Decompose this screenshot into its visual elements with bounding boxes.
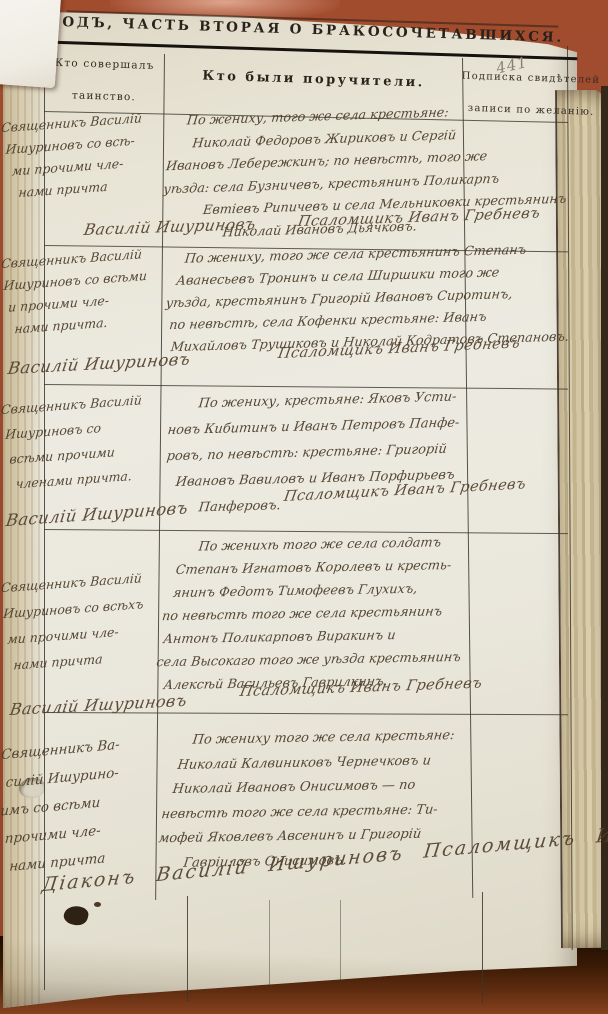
entries-layer: Священникъ ВасилійИшуриновъ со всѣ-ми пр… [0, 0, 608, 1014]
photo-of-register-page: ГОДЪ, ЧАСТЬ ВТОРАЯ О БРАКОСОЧЕТАВШИХСЯ. … [0, 0, 608, 1014]
officiant-text: Священникъ Ва-силій Ишурино-имъ со всѣми… [0, 726, 171, 882]
archive-sticker [0, 0, 61, 88]
ink-speck [94, 902, 101, 907]
register-entry: Священникъ Ва-силій Ишурино-имъ со всѣми… [0, 0, 608, 1014]
